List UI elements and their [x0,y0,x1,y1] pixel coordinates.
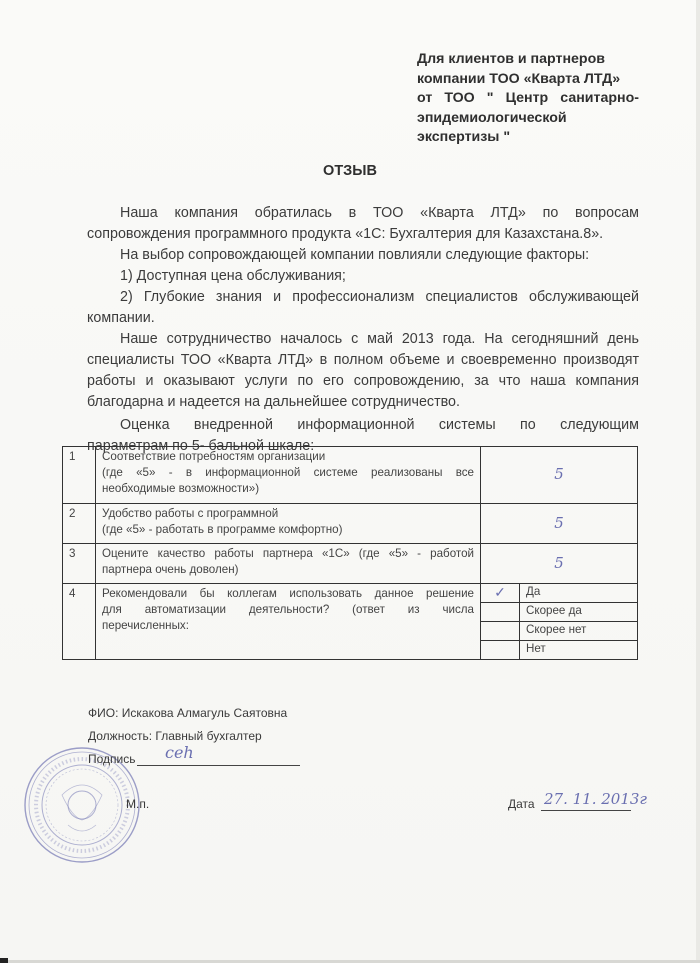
text-line: Наше сотрудничество началось с май 2013 … [87,329,639,350]
criterion-cell: Оцените качество работы партнера «1С» (г… [96,544,481,584]
criterion-text: Соответствие потребностям организации [102,449,474,465]
signature-line[interactable] [137,765,300,766]
text-line: специалисты ТОО «Кварта ЛТД» в полном об… [87,350,639,371]
checkmark-icon: ✓ [494,584,506,600]
option-checkbox-skoree-net[interactable] [481,622,520,641]
signature-label: Подпись [88,752,136,766]
criterion-text: Оцените качество работы партнера «1С» (г… [102,546,474,562]
factor-item: 2) Глубокие знания и профессионализм спе… [87,287,639,308]
text-line: На выбор сопровождающей компании повлиял… [87,245,639,266]
row-number: 2 [63,504,96,544]
intro-paragraph: Наша компания обратилась в ТОО «Кварта Л… [87,203,639,245]
signer-position: Должность: Главный бухгалтер [88,729,262,743]
criterion-text: (где «5» - работать в программе комфортн… [102,522,474,538]
option-label: Нет [520,641,638,660]
document-page: Для клиентов и партнеров компании ТОО «К… [0,0,700,963]
text-line: Наша компания обратилась в ТОО «Кварта Л… [87,203,639,224]
stamp-placeholder-label: М.п. [126,797,149,811]
cooperation-paragraph: Наше сотрудничество началось с май 2013 … [87,329,639,413]
scan-corner [0,958,8,963]
table-row: 2 Удобство работы с программной (где «5»… [63,504,638,544]
criterion-cell: Удобство работы с программной (где «5» -… [96,504,481,544]
criterion-text: (где «5» - в информационной системе реал… [102,465,474,481]
addressee-block: Для клиентов и партнеров компании ТОО «К… [417,50,639,148]
document-title: ОТЗЫВ [0,163,700,179]
handwritten-score: 5 [554,465,564,483]
option-checkbox-skoree-da[interactable] [481,603,520,622]
text-line: компании. [87,308,639,329]
addressee-line: эпидемиологической [417,109,639,129]
addressee-line: от ТОО " Центр санитарно- [417,89,639,109]
evaluation-table: 1 Соответствие потребностям организации … [62,446,638,660]
text-line: Оценка внедренной информационной системы… [87,415,639,436]
option-checkbox-da[interactable]: ✓ [481,584,520,603]
text-line: работы и оказывают услуги по его сопрово… [87,371,639,392]
score-cell[interactable]: 5 [481,447,638,504]
date-line[interactable] [541,810,631,811]
option-label: Скорее да [520,603,638,622]
factors-paragraph: На выбор сопровождающей компании повлиял… [87,245,639,329]
addressee-line: компании ТОО «Кварта ЛТД» [417,70,639,90]
option-label: Скорее нет [520,622,638,641]
score-cell[interactable]: 5 [481,504,638,544]
text-line: сопровождения программного продукта «1С:… [87,224,639,245]
score-cell[interactable]: 5 [481,544,638,584]
criterion-text: необходимые возможности») [102,481,474,497]
table-row: 3 Оцените качество работы партнера «1С» … [63,544,638,584]
signer-fio: ФИО: Искакова Алмагуль Саятовна [88,706,287,720]
option-label: Да [520,584,638,603]
criterion-text: партнера очень доволен) [102,562,474,578]
addressee-line: Для клиентов и партнеров [417,50,639,70]
factor-item: 1) Доступная цена обслуживания; [87,266,639,287]
text-line: благодарна и надеется на дальнейшее сотр… [87,392,639,413]
handwritten-score: 5 [554,514,564,532]
row-number: 3 [63,544,96,584]
criterion-cell: Рекомендовали бы коллегам использовать д… [96,584,481,660]
criterion-text: Рекомендовали бы коллегам использовать д… [102,586,474,602]
handwritten-score: 5 [554,554,564,572]
table-row: 4 Рекомендовали бы коллегам использовать… [63,584,638,603]
signature-scribble: ceh [165,743,194,762]
criterion-text: Удобство работы с программной [102,506,474,522]
row-number: 4 [63,584,96,660]
criterion-text: перечисленных: [102,618,474,634]
handwritten-date: 27. 11. 2013г [544,790,647,808]
option-checkbox-net[interactable] [481,641,520,660]
criterion-text: для автоматизации деятельности? (ответ и… [102,602,474,618]
scan-edge-right [696,0,700,963]
criterion-cell: Соответствие потребностям организации (г… [96,447,481,504]
table-row: 1 Соответствие потребностям организации … [63,447,638,504]
date-label: Дата [508,797,535,811]
addressee-line: экспертизы " [417,128,639,148]
row-number: 1 [63,447,96,504]
